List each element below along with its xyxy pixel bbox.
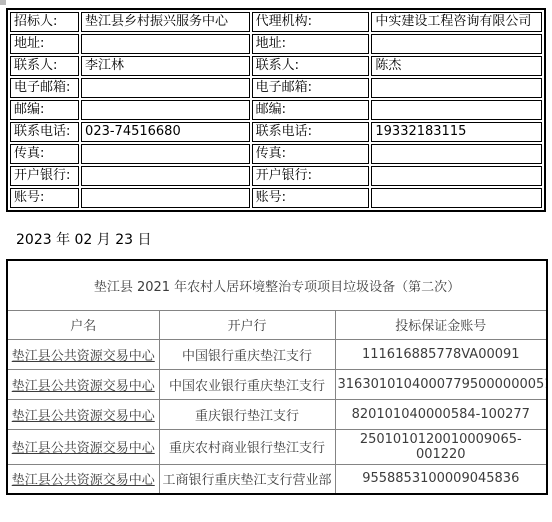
contact-row: 电子邮箱: 电子邮箱:: [10, 78, 542, 98]
contact-table: 招标人: 垫江县乡村振兴服务中心 代理机构: 中实建设工程咨询有限公司 地址: …: [6, 8, 546, 212]
contact-row: 账号: 账号:: [10, 188, 542, 208]
field-value-agency: 中实建设工程咨询有限公司: [371, 12, 542, 32]
field-label-zip-left: 邮编:: [10, 100, 79, 120]
contact-row: 开户银行: 开户银行:: [10, 166, 542, 186]
field-label-bank-right: 开户银行:: [252, 166, 370, 186]
account-name-cell: 垫江县公共资源交易中心: [7, 339, 159, 369]
bank-name-cell: 重庆农村商业银行垫江支行: [159, 429, 335, 464]
account-number-cell: 3163010104000779500000005162: [335, 369, 547, 399]
contact-row: 传真: 传真:: [10, 144, 542, 164]
field-value-phone-left: 023-74516680: [81, 122, 250, 142]
field-value-fax-right: [371, 144, 542, 164]
contact-row: 联系人: 李江林 联系人: 陈杰: [10, 56, 542, 76]
field-value-email-right: [371, 78, 542, 98]
contact-row: 地址: 地址:: [10, 34, 542, 54]
field-value-tenderer: 垫江县乡村振兴服务中心: [81, 12, 250, 32]
contact-row: 招标人: 垫江县乡村振兴服务中心 代理机构: 中实建设工程咨询有限公司: [10, 12, 542, 32]
field-value-bank-left: [81, 166, 250, 186]
deposit-title-row: 垫江县 2021 年农村人居环境整治专项项目垃圾设备（第二次）: [7, 260, 547, 310]
field-label-phone-right: 联系电话:: [252, 122, 370, 142]
deposit-header-row: 户名 开户行 投标保证金账号: [7, 310, 547, 339]
field-value-address-right: [371, 34, 542, 54]
deposit-row: 垫江县公共资源交易中心 工商银行重庆垫江支行营业部 95588531000090…: [7, 464, 547, 494]
deposit-row: 垫江县公共资源交易中心 重庆农村商业银行垫江支行 250101012001000…: [7, 429, 547, 464]
account-name-cell: 垫江县公共资源交易中心: [7, 429, 159, 464]
bank-name-cell: 重庆银行垫江支行: [159, 399, 335, 429]
field-label-email-right: 电子邮箱:: [252, 78, 370, 98]
field-value-account-right: [371, 188, 542, 208]
column-header-bank: 开户行: [159, 310, 335, 339]
contact-row: 邮编: 邮编:: [10, 100, 542, 120]
account-name-cell: 垫江县公共资源交易中心: [7, 399, 159, 429]
bank-name-cell: 中国农业银行重庆垫江支行: [159, 369, 335, 399]
field-value-bank-right: [371, 166, 542, 186]
field-label-address-right: 地址:: [252, 34, 370, 54]
field-label-fax-left: 传真:: [10, 144, 79, 164]
deposit-row: 垫江县公共资源交易中心 中国农业银行重庆垫江支行 316301010400077…: [7, 369, 547, 399]
field-label-address-left: 地址:: [10, 34, 79, 54]
account-number-cell: 820101040000584-100277: [335, 399, 547, 429]
deposit-row: 垫江县公共资源交易中心 重庆银行垫江支行 820101040000584-100…: [7, 399, 547, 429]
field-label-phone-left: 联系电话:: [10, 122, 79, 142]
field-label-email-left: 电子邮箱:: [10, 78, 79, 98]
account-name-cell: 垫江县公共资源交易中心: [7, 369, 159, 399]
field-value-account-left: [81, 188, 250, 208]
field-value-email-left: [81, 78, 250, 98]
document-page: 招标人: 垫江县乡村振兴服务中心 代理机构: 中实建设工程咨询有限公司 地址: …: [0, 0, 552, 495]
field-label-zip-right: 邮编:: [252, 100, 370, 120]
bank-name-cell: 中国银行重庆垫江支行: [159, 339, 335, 369]
account-number-cell: 9558853100009045836: [335, 464, 547, 494]
field-label-account-left: 账号:: [10, 188, 79, 208]
account-name-cell: 垫江县公共资源交易中心: [7, 464, 159, 494]
account-number-cell: 2501010120010009065-001220: [335, 429, 547, 464]
contact-row: 联系电话: 023-74516680 联系电话: 19332183115: [10, 122, 542, 142]
field-label-fax-right: 传真:: [252, 144, 370, 164]
field-value-zip-right: [371, 100, 542, 120]
column-header-account-name: 户名: [7, 310, 159, 339]
deposit-table: 垫江县 2021 年农村人居环境整治专项项目垃圾设备（第二次） 户名 开户行 投…: [6, 259, 548, 495]
field-value-contact-right: 陈杰: [371, 56, 542, 76]
bank-name-cell: 工商银行重庆垫江支行营业部: [159, 464, 335, 494]
screen-corner-artifact: [0, 0, 6, 5]
field-value-fax-left: [81, 144, 250, 164]
field-value-contact-left: 李江林: [81, 56, 250, 76]
column-header-deposit-number: 投标保证金账号: [335, 310, 547, 339]
field-label-contact-right: 联系人:: [252, 56, 370, 76]
field-label-account-right: 账号:: [252, 188, 370, 208]
field-label-agency: 代理机构:: [252, 12, 370, 32]
field-value-address-left: [81, 34, 250, 54]
field-label-bank-left: 开户银行:: [10, 166, 79, 186]
deposit-table-title: 垫江县 2021 年农村人居环境整治专项项目垃圾设备（第二次）: [7, 260, 547, 310]
field-label-contact-left: 联系人:: [10, 56, 79, 76]
field-value-zip-left: [81, 100, 250, 120]
date-line: 2023 年 02 月 23 日: [6, 227, 546, 259]
field-label-tenderer: 招标人:: [10, 12, 79, 32]
account-number-cell: 111616885778VA00091: [335, 339, 547, 369]
field-value-phone-right: 19332183115: [371, 122, 542, 142]
deposit-row: 垫江县公共资源交易中心 中国银行重庆垫江支行 111616885778VA000…: [7, 339, 547, 369]
